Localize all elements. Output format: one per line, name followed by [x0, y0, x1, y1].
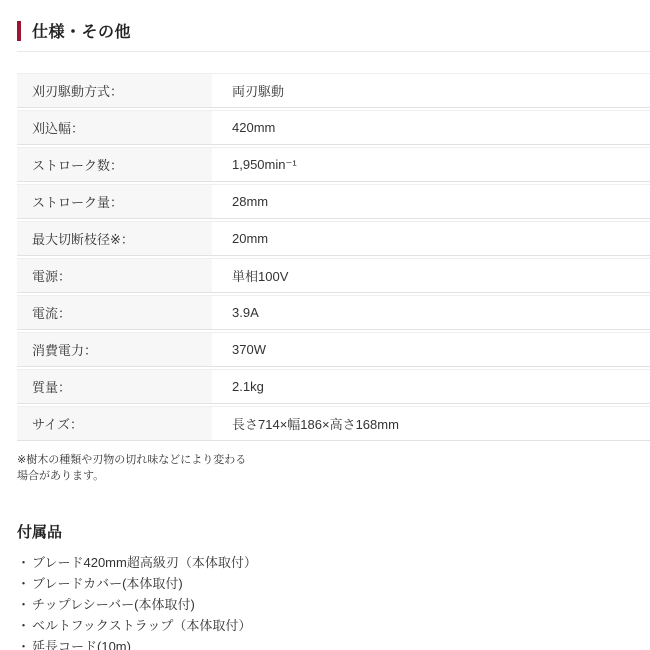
section-title: 仕様・その他 [32, 19, 131, 42]
spec-label: 質量： [17, 370, 215, 403]
spec-value: 長さ714×幅186×高さ168mm [215, 407, 650, 440]
list-item: ・ ベルトフックストラップ（本体取付） [17, 615, 650, 636]
list-item-label: 延長コード(10m) [32, 636, 131, 650]
list-item-label: ブレード420mm超高級刃（本体取付） [32, 552, 257, 573]
table-row: 質量： 2.1kg [17, 369, 650, 404]
bullet-icon: ・ [17, 573, 30, 594]
table-row: サイズ： 長さ714×幅186×高さ168mm [17, 406, 650, 441]
spec-value: 370W [215, 333, 650, 366]
bullet-icon: ・ [17, 615, 30, 636]
spec-value: 両刃駆動 [215, 74, 650, 107]
spec-value: 28mm [215, 185, 650, 218]
bullet-icon: ・ [17, 552, 30, 573]
list-item-label: チップレシーバー(本体取付) [32, 594, 195, 615]
section-accent-bar-icon [17, 21, 21, 41]
list-item: ・ ブレードカバー(本体取付) [17, 573, 650, 594]
spec-label: サイズ： [17, 407, 215, 440]
spec-label: 最大切断枝径※： [17, 222, 215, 255]
spec-label: ストローク量： [17, 185, 215, 218]
spec-label: 電源： [17, 259, 215, 292]
table-row: 最大切断枝径※： 20mm [17, 221, 650, 256]
spec-note-line1: ※樹木の種類や刃物の切れ味などにより変わる [17, 453, 650, 469]
spec-label: 刈込幅： [17, 111, 215, 144]
list-item-label: ベルトフックストラップ（本体取付） [32, 615, 251, 636]
spec-value: 3.9A [215, 296, 650, 329]
spec-note: ※樹木の種類や刃物の切れ味などにより変わる 場合があります。 [17, 453, 650, 485]
spec-label: 刈刃駆動方式： [17, 74, 215, 107]
table-row: ストローク量： 28mm [17, 184, 650, 219]
table-row: 消費電力： 370W [17, 332, 650, 367]
spec-label: 電流： [17, 296, 215, 329]
header-divider [17, 51, 650, 52]
accessories-title: 付属品 [17, 521, 650, 542]
spec-label: 消費電力： [17, 333, 215, 366]
table-row: 刈込幅： 420mm [17, 110, 650, 145]
list-item: ・ チップレシーバー(本体取付) [17, 594, 650, 615]
bullet-icon: ・ [17, 636, 30, 650]
spec-page: 仕様・その他 刈刃駆動方式： 両刃駆動 刈込幅： 420mm ストローク数： 1… [0, 0, 650, 650]
spec-value: 単相100V [215, 259, 650, 292]
table-row: 刈刃駆動方式： 両刃駆動 [17, 73, 650, 108]
list-item-label: ブレードカバー(本体取付) [32, 573, 183, 594]
spec-note-line2: 場合があります。 [17, 469, 650, 485]
spec-value: 2.1kg [215, 370, 650, 403]
table-row: 電源： 単相100V [17, 258, 650, 293]
spec-value: 1,950min⁻¹ [215, 148, 650, 181]
table-row: ストローク数： 1,950min⁻¹ [17, 147, 650, 182]
bullet-icon: ・ [17, 594, 30, 615]
spec-value: 20mm [215, 222, 650, 255]
accessories-list: ・ ブレード420mm超高級刃（本体取付） ・ ブレードカバー(本体取付) ・ … [17, 552, 650, 650]
spec-label: ストローク数： [17, 148, 215, 181]
spec-table: 刈刃駆動方式： 両刃駆動 刈込幅： 420mm ストローク数： 1,950min… [17, 73, 650, 441]
section-header: 仕様・その他 [17, 19, 650, 42]
list-item: ・ ブレード420mm超高級刃（本体取付） [17, 552, 650, 573]
list-item: ・ 延長コード(10m) [17, 636, 650, 650]
spec-value: 420mm [215, 111, 650, 144]
table-row: 電流： 3.9A [17, 295, 650, 330]
